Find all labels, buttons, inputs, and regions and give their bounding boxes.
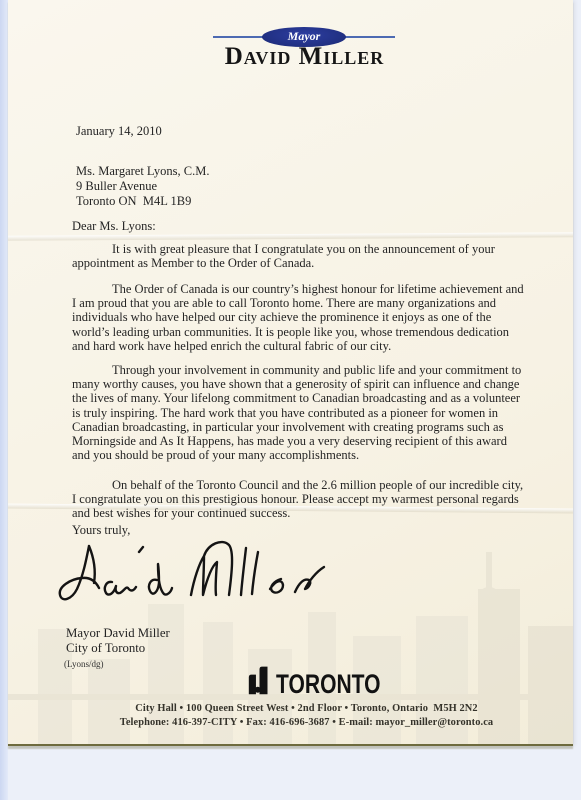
recipient-city-postal: Toronto ON M4L 1B9	[76, 194, 209, 209]
signature-david-miller	[55, 537, 355, 632]
salutation: Dear Ms. Lyons:	[72, 219, 156, 234]
footer-contact-line: Telephone: 416-397-CITY • Fax: 416-696-3…	[24, 716, 581, 730]
toronto-logo: TORONTO	[246, 664, 410, 696]
toronto-city-hall-icon	[246, 664, 273, 696]
signer-organization: City of Toronto	[66, 641, 170, 656]
recipient-name: Ms. Margaret Lyons, C.M.	[76, 164, 209, 179]
paragraph-2: The Order of Canada is our country’s hig…	[72, 282, 524, 353]
signer-block: Mayor David Miller City of Toronto	[66, 626, 170, 656]
letter-date: January 14, 2010	[76, 124, 162, 139]
reference-code: (Lyons/dg)	[64, 659, 104, 669]
closing-phrase: Yours truly,	[72, 523, 130, 538]
paragraph-3: Through your involvement in community an…	[72, 363, 524, 462]
recipient-street: 9 Buller Avenue	[76, 179, 209, 194]
letter-paper: Mayor David Miller January 14, 2010 Ms. …	[8, 0, 573, 746]
toronto-wordmark: TORONTO	[276, 673, 381, 696]
paragraph-1: It is with great pleasure that I congrat…	[72, 242, 524, 270]
recipient-address-block: Ms. Margaret Lyons, C.M. 9 Buller Avenue…	[76, 164, 209, 209]
scanned-letter: Mayor David Miller January 14, 2010 Ms. …	[0, 0, 581, 800]
footer-address-line: City Hall • 100 Queen Street West • 2nd …	[24, 702, 581, 716]
letter-footer: City Hall • 100 Queen Street West • 2nd …	[24, 702, 581, 729]
signer-title-name: Mayor David Miller	[66, 626, 170, 641]
paragraph-4: On behalf of the Toronto Council and the…	[72, 478, 524, 521]
mayor-badge-label: Mayor	[288, 29, 321, 43]
letterhead-name: David Miller	[22, 43, 581, 71]
scanner-edge-strip	[0, 0, 8, 800]
